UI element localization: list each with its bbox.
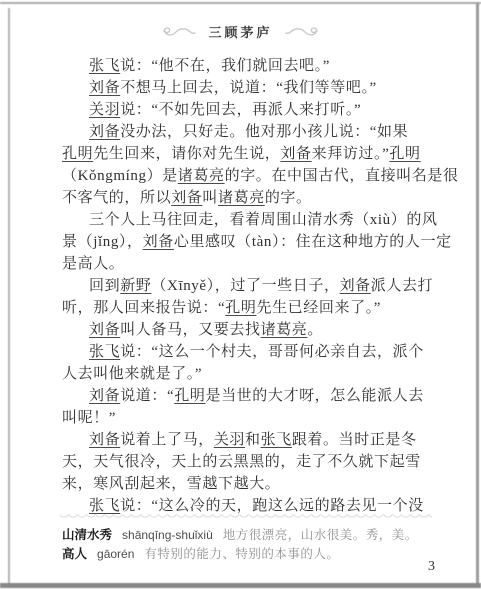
flourish-left-icon <box>160 25 196 38</box>
body-text: 张飞说：“他不在，我们就回去吧。”刘备不想马上回去，说道：“我们等等吧。”关羽说… <box>62 55 426 517</box>
chapter-title: 三顾茅庐 <box>208 22 272 41</box>
text-segment: 先生已经回来了。” <box>256 300 381 316</box>
proper-noun: 张飞 <box>89 344 120 360</box>
text-segment: 。 <box>307 322 323 338</box>
proper-noun: 刘备 <box>340 278 371 294</box>
text-line: 关羽说：“不如先回去，再派人来打听。” <box>62 99 426 121</box>
text-segment: 叫 <box>202 190 218 206</box>
chapter-header: 三顾茅庐 <box>0 22 481 41</box>
text-line: 刘备叫人备马，又要去找诸葛亮。 <box>62 319 426 341</box>
text-line: 孔明先生回来，请你对先生说，刘备来拜访过。”孔明 <box>62 143 426 165</box>
text-segment: 说：“他不在，我们就回去吧。” <box>120 58 330 74</box>
proper-noun: 张飞 <box>89 58 120 74</box>
page-edge-top <box>0 2 481 4</box>
text-segment: 是当世的大才呀，怎么能派人去 <box>205 388 423 404</box>
text-line: 人去叫他来就是了。” <box>62 363 426 385</box>
footnote-entry: 高人gāorén有特别的能力、特别的本事的人。 <box>62 545 448 564</box>
proper-noun: 诸葛亮 <box>261 322 308 338</box>
footnotes: 山清水秀shānqīng-shuǐxiù地方很漂亮，山水很美。秀，美。高人gāo… <box>62 526 448 564</box>
footnote-definition: 地方很漂亮，山水很美。秀，美。 <box>223 528 418 542</box>
footnote-pinyin: gāorén <box>97 547 134 561</box>
text-segment: 说：“这么一个村夫，哥哥何必亲自去，派个 <box>120 344 424 360</box>
text-segment: 说：“这么冷的天，跑这么远的路去见一个没 <box>120 498 424 514</box>
footnote-term: 高人 <box>62 547 87 561</box>
text-line: 三个人上马往回走，看着周围山清水秀（xiù）的风 <box>62 209 426 231</box>
text-line: 张飞说：“他不在，我们就回去吧。” <box>62 55 426 77</box>
text-segment: 的字。 <box>265 190 312 206</box>
proper-noun: 孔明 <box>174 388 205 404</box>
text-segment: 没办法，只好走。他对那小孩儿说：“如果 <box>120 124 408 140</box>
proper-noun: 孔明 <box>225 300 256 316</box>
text-line: 来，寒风刮起来，雪越下越大。 <box>62 473 426 495</box>
book-page: 三顾茅庐 张飞说：“他不在，我们就回去吧。”刘备不想马上回去，说道：“我们等等吧… <box>0 0 481 590</box>
proper-noun: 刘备 <box>171 190 202 206</box>
text-line: 刘备不想马上回去，说道：“我们等等吧。” <box>62 77 426 99</box>
text-segment: 说：“不如先回去，再派人来打听。” <box>120 102 361 118</box>
proper-noun: 诸葛亮 <box>218 190 265 206</box>
proper-noun: 关羽 <box>214 432 245 448</box>
text-line: 张飞说：“这么一个村夫，哥哥何必亲自去，派个 <box>62 341 426 363</box>
text-segment: 不想马上回去，说道：“我们等等吧。” <box>120 80 377 96</box>
proper-noun: 刘备 <box>89 432 120 448</box>
text-segment: 和 <box>245 432 261 448</box>
text-segment: 来拜访过。” <box>312 146 390 162</box>
text-segment: 跟着。当时正是冬 <box>292 432 417 448</box>
proper-noun: 关羽 <box>89 102 120 118</box>
text-line: 不客气的，所以刘备叫诸葛亮的字。 <box>62 187 426 209</box>
text-segment: （Xīnyě），过了一些日子， <box>151 278 339 294</box>
text-line: 回到新野（Xīnyě），过了一些日子，刘备派人去打 <box>62 275 426 297</box>
proper-noun: 刘备 <box>280 146 311 162</box>
text-segment: 派人去打 <box>371 278 433 294</box>
proper-noun: 刘备 <box>89 322 120 338</box>
text-line: 景（jǐng），刘备心里感叹（tàn）：住在这种地方的人一定 <box>62 231 426 253</box>
text-segment: 景（jǐng）， <box>62 234 143 250</box>
flourish-right-icon <box>285 25 321 38</box>
proper-noun: 诸葛亮 <box>178 168 225 184</box>
proper-noun: 刘备 <box>89 388 120 404</box>
proper-noun: 张飞 <box>89 498 120 514</box>
page-edge-right <box>476 3 479 586</box>
text-line: （Kǒngmíng）是诸葛亮的字。在中国古代，直接叫名是很 <box>62 165 426 187</box>
text-segment: 先生回来，请你对先生说， <box>93 146 280 162</box>
text-line: 是高人。 <box>62 253 426 275</box>
proper-noun: 孔明 <box>389 146 420 162</box>
text-segment: 三个人上马往回走，看着周围山清水秀（xiù）的风 <box>89 212 438 228</box>
proper-noun: 刘备 <box>89 124 120 140</box>
text-line: 听，那人回来报告说：“孔明先生已经回来了。” <box>62 297 426 319</box>
page-number: 3 <box>428 559 435 575</box>
text-segment: 听，那人回来报告说：“ <box>62 300 225 316</box>
text-segment: 回到 <box>89 278 120 294</box>
text-segment: 来，寒风刮起来，雪越下越大。 <box>62 476 280 492</box>
text-segment: 说道：“ <box>120 388 174 404</box>
proper-noun: 刘备 <box>143 234 174 250</box>
footnote-divider <box>60 514 432 521</box>
text-line: 叫呢！” <box>62 407 426 429</box>
proper-noun: 刘备 <box>89 80 120 96</box>
text-segment: 叫呢！” <box>62 410 116 426</box>
proper-noun: 新野 <box>120 278 151 294</box>
proper-noun: 张飞 <box>261 432 292 448</box>
text-segment: 的字。在中国古代，直接叫名是很 <box>225 168 459 184</box>
text-line: 刘备说着上了马，关羽和张飞跟着。当时正是冬 <box>62 429 426 451</box>
footnote-definition: 有特别的能力、特别的本事的人。 <box>144 547 339 561</box>
text-segment: 是高人。 <box>62 256 124 272</box>
page-edge-left <box>8 8 10 586</box>
text-segment: 叫人备马，又要去找 <box>120 322 260 338</box>
text-line: 天，天气很冷，天上的云黑黑的，走了不久就下起雪 <box>62 451 426 473</box>
text-segment: 心里感叹（tàn）：住在这种地方的人一定 <box>174 234 452 250</box>
footnote-term: 山清水秀 <box>62 528 112 542</box>
footnote-pinyin: shānqīng-shuǐxiù <box>122 528 213 542</box>
text-segment: 不客气的，所以 <box>62 190 171 206</box>
page-edge-bottom <box>0 583 481 588</box>
text-line: 刘备说道：“孔明是当世的大才呀，怎么能派人去 <box>62 385 426 407</box>
text-segment: 天，天气很冷，天上的云黑黑的，走了不久就下起雪 <box>62 454 421 470</box>
text-segment: （Kǒngmíng）是 <box>62 168 178 184</box>
text-segment: 人去叫他来就是了。” <box>62 366 202 382</box>
proper-noun: 孔明 <box>62 146 93 162</box>
text-line: 刘备没办法，只好走。他对那小孩儿说：“如果 <box>62 121 426 143</box>
text-segment: 说着上了马， <box>120 432 214 448</box>
footnote-entry: 山清水秀shānqīng-shuǐxiù地方很漂亮，山水很美。秀，美。 <box>62 526 448 545</box>
